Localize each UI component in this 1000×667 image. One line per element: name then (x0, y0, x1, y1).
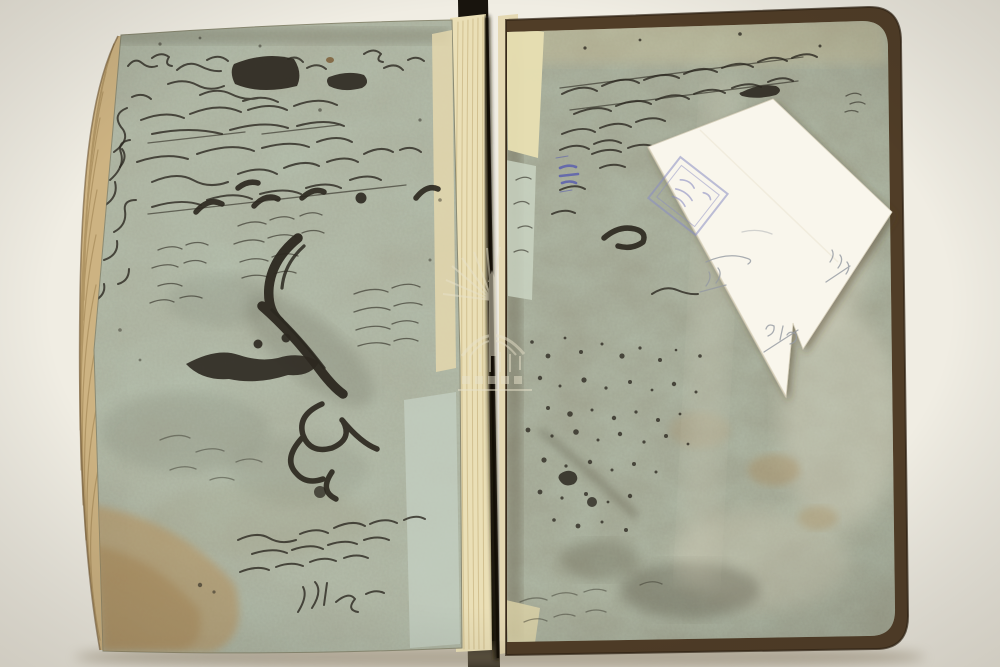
manuscript-photo (0, 0, 1000, 667)
photo-of-manuscript (0, 0, 1000, 667)
vignette (0, 0, 1000, 667)
